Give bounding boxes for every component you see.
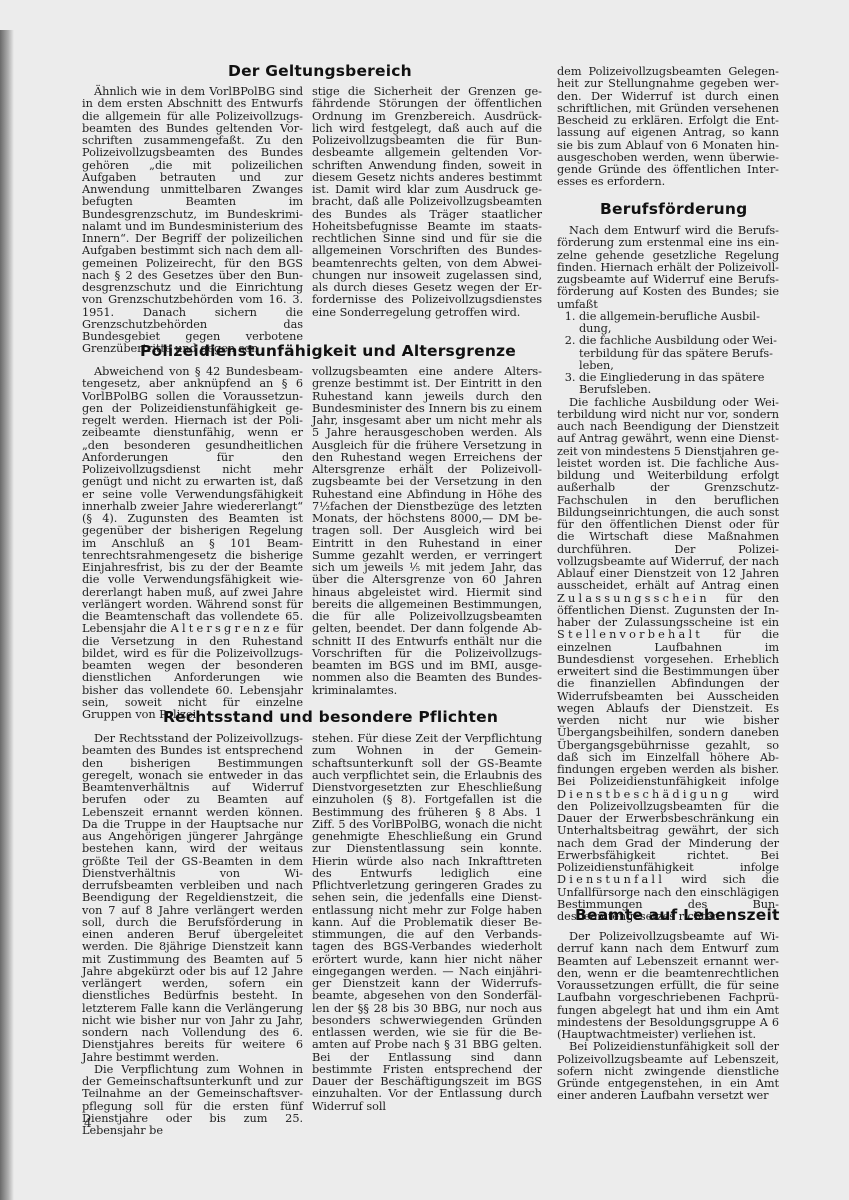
emphasis-spaced: Dienstbeschädigung: [557, 788, 731, 801]
right-col-top: dem Polizeivollzugsbeamten Gelegen­heit …: [557, 66, 779, 189]
paragraph: stige die Sicherheit der Grenzen ge­fähr…: [312, 86, 542, 319]
paragraph: Die Verpflichtung zum Wohnen in der Geme…: [82, 1064, 303, 1138]
berufsfoerderung-list: die allgemein-berufliche Ausbil­dung, di…: [557, 311, 779, 397]
lebenszeit-body: Der Polizeivollzugsbeamte auf Wi­derruf …: [557, 931, 779, 1103]
paragraph: Abweichend von § 42 Bundesbeam­tengesetz…: [82, 366, 303, 721]
heading-polizeidienstunfaehigkeit: Polizeidienstunfähigkeit und Altersgrenz…: [140, 342, 516, 360]
paragraph: Der Polizeivollzugsbeamte auf Wi­derruf …: [557, 931, 779, 1041]
heading-rechtsstand: Rechtsstand und besondere Pflichten: [163, 708, 498, 726]
paragraph: stehen. Für diese Zeit der Verpflich­tun…: [312, 733, 542, 1113]
paragraph: dem Polizeivollzugsbeamten Gelegen­heit …: [557, 66, 779, 189]
document-page: Der Geltungsbereich Ähnlich wie in dem V…: [0, 0, 849, 1200]
paragraph: Die fachliche Ausbildung oder Wei­terbil…: [557, 397, 779, 924]
heading-berufsfoerderung: Berufsförderung: [600, 200, 747, 218]
paragraph: Ähnlich wie in dem VorlBPolBG sind in de…: [82, 86, 303, 356]
paragraph: Der Rechtsstand der Polizeivollzugs­beam…: [82, 733, 303, 1064]
page-number: 4: [84, 1116, 92, 1130]
geltungsbereich-col1: Ähnlich wie in dem VorlBPolBG sind in de…: [82, 86, 303, 356]
polizeidienstunfaehigkeit-col2: vollzugsbeamten eine andere Alters­grenz…: [312, 366, 542, 697]
emphasis-spaced: Zulassungsschein: [557, 592, 710, 605]
emphasis-spaced: Altersgrenze: [171, 622, 283, 635]
rechtsstand-col2: stehen. Für diese Zeit der Verpflich­tun…: [312, 733, 542, 1113]
rechtsstand-col1: Der Rechtsstand der Polizeivollzugs­beam…: [82, 733, 303, 1137]
list-item: die allgemein-berufliche Ausbil­dung,: [579, 311, 779, 336]
paragraph: Nach dem Entwurf wird die Berufs­förderu…: [557, 225, 779, 311]
heading-geltungsbereich: Der Geltungsbereich: [228, 62, 412, 80]
heading-lebenszeit: Beamte auf Lebenszeit: [575, 906, 780, 924]
list-item: die Eingliederung in das spätere Be­rufs…: [579, 372, 779, 397]
paragraph: Bei Polizeidienstunfähigkeit soll der Po…: [557, 1041, 779, 1102]
geltungsbereich-col2: stige die Sicherheit der Grenzen ge­fähr…: [312, 86, 542, 319]
paragraph: vollzugsbeamten eine andere Alters­grenz…: [312, 366, 542, 697]
polizeidienstunfaehigkeit-col1: Abweichend von § 42 Bundesbeam­tengesetz…: [82, 366, 303, 721]
berufsfoerderung-body: Nach dem Entwurf wird die Berufs­förderu…: [557, 225, 779, 923]
list-item: die fachliche Ausbildung oder Wei­terbil…: [579, 335, 779, 372]
emphasis-spaced: Stellenvorbehalt: [557, 628, 703, 641]
emphasis-spaced: Dienstunfall: [557, 873, 665, 886]
